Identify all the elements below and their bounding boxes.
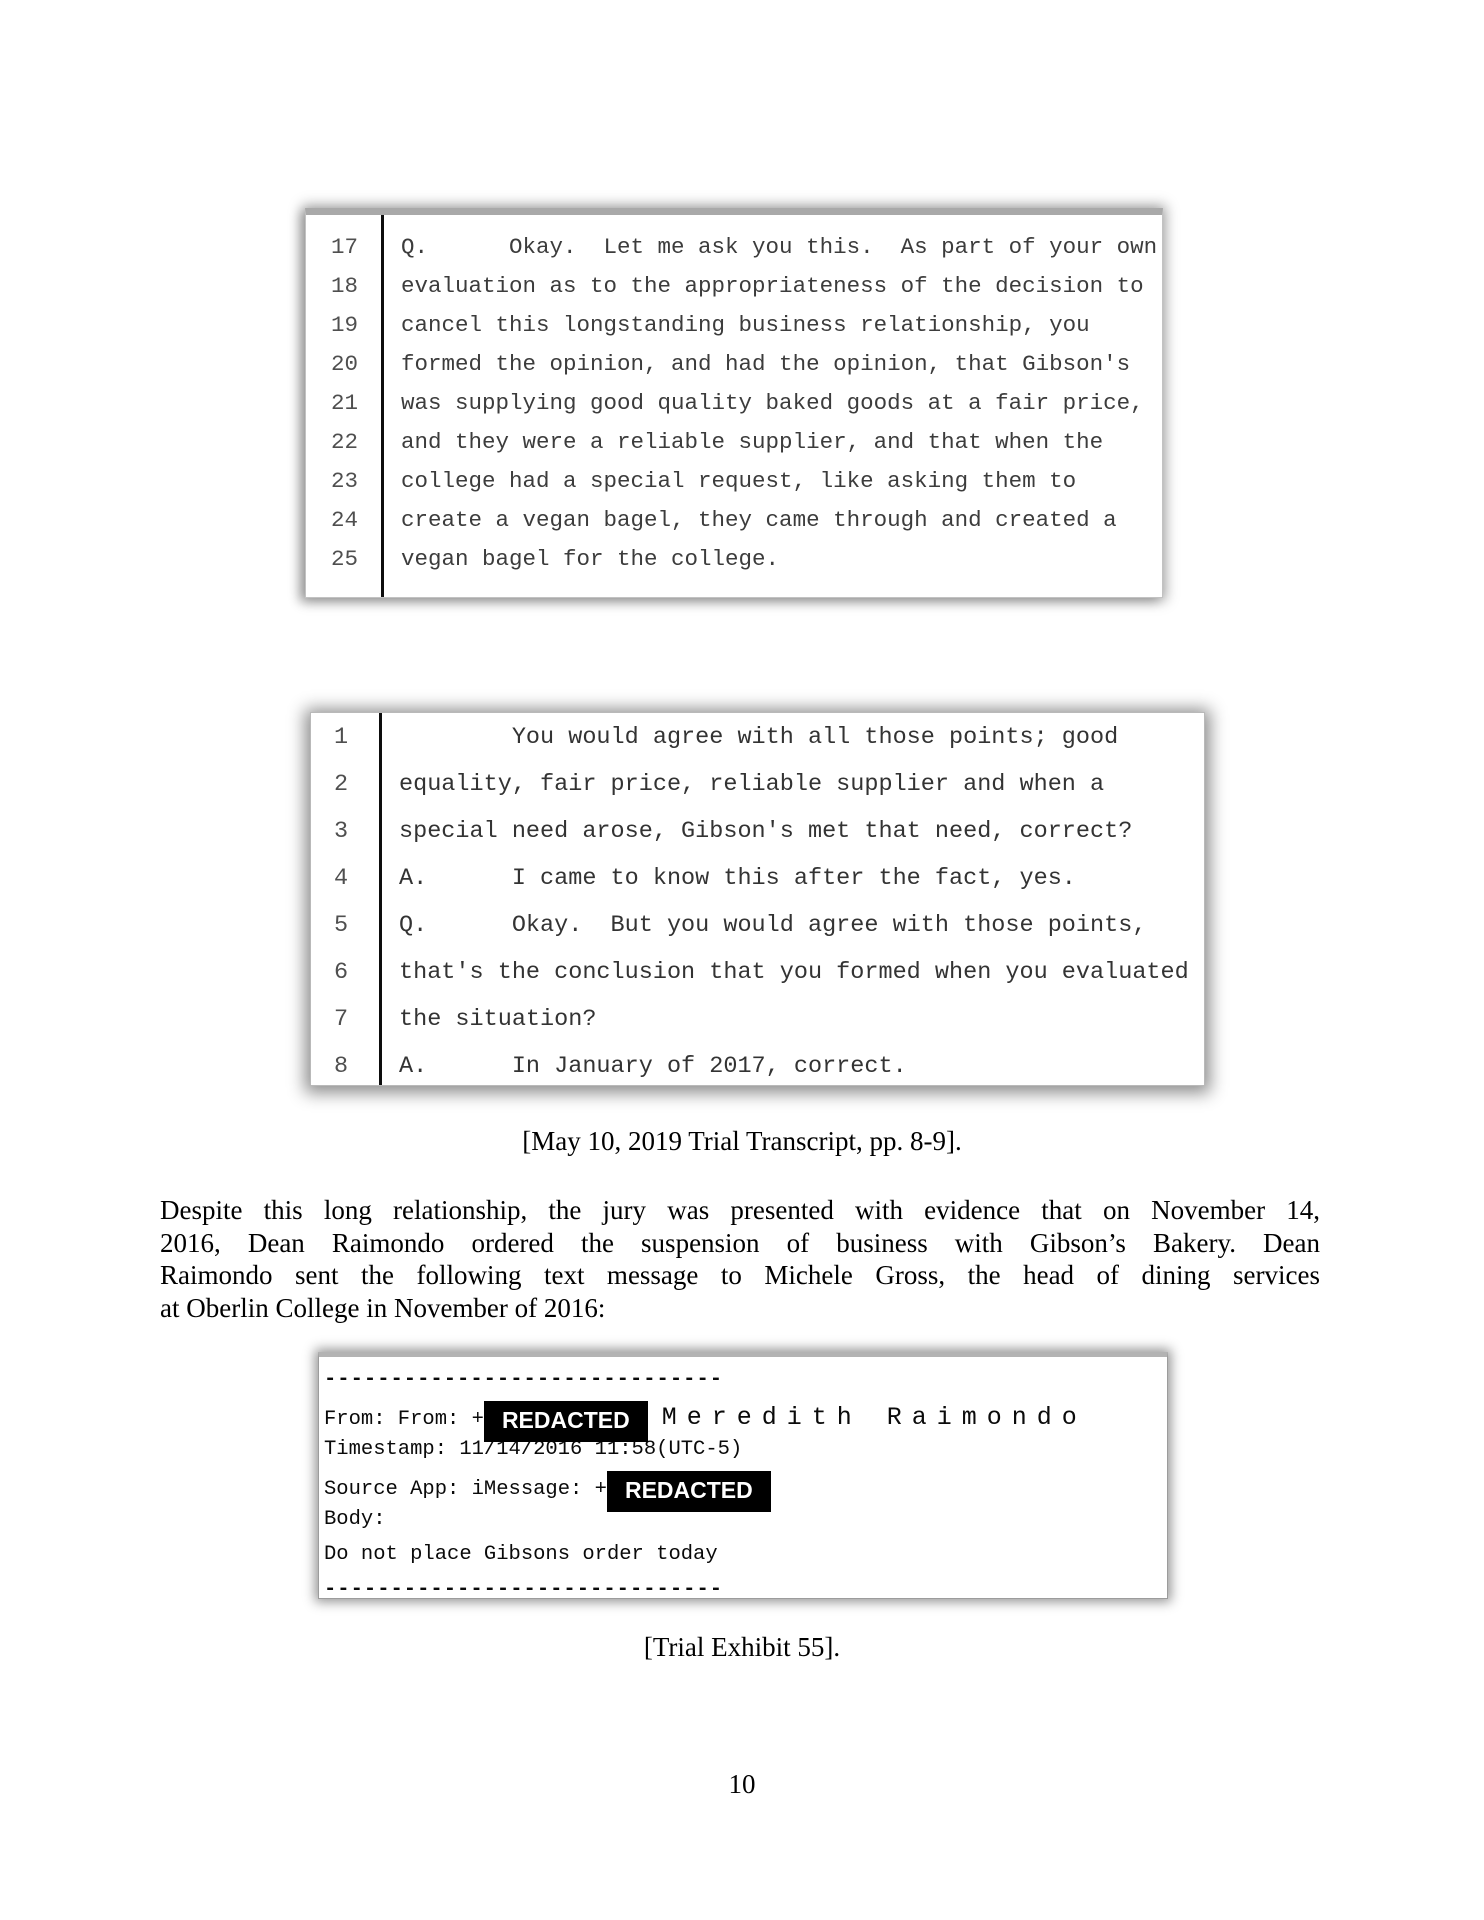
line-number: 2: [311, 761, 379, 808]
redaction-box-1: REDACTED: [484, 1401, 648, 1442]
transcript-line: 18evaluation as to the appropriateness o…: [306, 267, 1162, 306]
exhibit-message-text: Do not place Gibsons order today: [324, 1537, 1167, 1572]
transcript-line: 19cancel this longstanding business rela…: [306, 306, 1162, 345]
line-number: 19: [306, 306, 381, 345]
line-text: and they were a reliable supplier, and t…: [381, 423, 1103, 462]
line-text: create a vegan bagel, they came through …: [381, 501, 1117, 540]
line-number: 24: [306, 501, 381, 540]
line-text: special need arose, Gibson's met that ne…: [379, 808, 1132, 855]
line-number: 8: [311, 1043, 379, 1090]
line-number: 20: [306, 345, 381, 384]
sender-name: Meredith Raimondo: [662, 1403, 1087, 1432]
transcript-line: 17Q. Okay. Let me ask you this. As part …: [306, 228, 1162, 267]
transcript-scan-2: 1 You would agree with all those points;…: [310, 712, 1205, 1086]
line-text: vegan bagel for the college.: [381, 540, 779, 579]
line-text: Q. Okay. But you would agree with those …: [379, 902, 1146, 949]
line-text: was supplying good quality baked goods a…: [381, 384, 1144, 423]
transcript-line: 7the situation?: [311, 996, 1204, 1043]
line-text: cancel this longstanding business relati…: [381, 306, 1090, 345]
page-number: 10: [0, 1769, 1484, 1800]
paragraph-line: Despite this long relationship, the jury…: [160, 1194, 1320, 1227]
transcript-caption: [May 10, 2019 Trial Transcript, pp. 8-9]…: [0, 1126, 1484, 1157]
line-text: equality, fair price, reliable supplier …: [379, 761, 1104, 808]
line-text: formed the opinion, and had the opinion,…: [381, 345, 1130, 384]
line-text: evaluation as to the appropriateness of …: [381, 267, 1144, 306]
line-text: college had a special request, like aski…: [381, 462, 1076, 501]
line-number: 5: [311, 902, 379, 949]
exhibit-timestamp-line: Timestamp: 11/14/2016 11:58(UTC-5): [324, 1432, 1167, 1467]
body-paragraph: Despite this long relationship, the jury…: [160, 1194, 1320, 1324]
transcript-line: 24create a vegan bagel, they came throug…: [306, 501, 1162, 540]
line-number: 1: [311, 714, 379, 761]
line-text: A. In January of 2017, correct.: [379, 1043, 907, 1090]
transcript-line: 20formed the opinion, and had the opinio…: [306, 345, 1162, 384]
line-number: 3: [311, 808, 379, 855]
exhibit-divider-bottom: ------------------------------: [324, 1572, 1167, 1599]
transcript-line: 5Q. Okay. But you would agree with those…: [311, 902, 1204, 949]
paragraph-line: at Oberlin College in November of 2016:: [160, 1292, 1320, 1325]
line-number: 23: [306, 462, 381, 501]
text-message-exhibit-scan: ------------------------------ From: Fro…: [318, 1352, 1168, 1599]
transcript-line: 8A. In January of 2017, correct.: [311, 1043, 1204, 1090]
line-number: 7: [311, 996, 379, 1043]
document-page: 17Q. Okay. Let me ask you this. As part …: [0, 0, 1484, 1920]
transcript-line: 21was supplying good quality baked goods…: [306, 384, 1162, 423]
transcript-margin-rule: [379, 713, 382, 1085]
transcript-margin-rule: [381, 215, 384, 597]
line-number: 25: [306, 540, 381, 579]
transcript-line: 23college had a special request, like as…: [306, 462, 1162, 501]
exhibit-caption: [Trial Exhibit 55].: [0, 1632, 1484, 1663]
from-label: From: From: +: [324, 1408, 484, 1431]
transcript-line: 6that's the conclusion that you formed w…: [311, 949, 1204, 996]
source-app-label: Source App: iMessage: +: [324, 1478, 607, 1501]
line-text: Q. Okay. Let me ask you this. As part of…: [381, 228, 1157, 267]
line-text: You would agree with all those points; g…: [379, 714, 1118, 761]
transcript-line: 22and they were a reliable supplier, and…: [306, 423, 1162, 462]
line-text: the situation?: [379, 996, 596, 1043]
transcript-line: 2equality, fair price, reliable supplier…: [311, 761, 1204, 808]
exhibit-source-line: Source App: iMessage: +REDACTED: [324, 1467, 1167, 1502]
line-number: 4: [311, 855, 379, 902]
line-number: 17: [306, 228, 381, 267]
line-number: 22: [306, 423, 381, 462]
line-number: 21: [306, 384, 381, 423]
paragraph-line: 2016, Dean Raimondo ordered the suspensi…: [160, 1227, 1320, 1260]
line-text: that's the conclusion that you formed wh…: [379, 949, 1189, 996]
exhibit-divider-top: ------------------------------: [324, 1362, 1167, 1397]
paragraph-line: Raimondo sent the following text message…: [160, 1259, 1320, 1292]
transcript-line: 3special need arose, Gibson's met that n…: [311, 808, 1204, 855]
transcript-line: 25vegan bagel for the college.: [306, 540, 1162, 579]
line-number: 6: [311, 949, 379, 996]
redaction-box-2: REDACTED: [607, 1471, 771, 1512]
line-text: A. I came to know this after the fact, y…: [379, 855, 1076, 902]
line-number: 18: [306, 267, 381, 306]
transcript-line: 1 You would agree with all those points;…: [311, 714, 1204, 761]
transcript-scan-1: 17Q. Okay. Let me ask you this. As part …: [305, 208, 1163, 598]
exhibit-from-line: From: From: +REDACTEDMeredith Raimondo: [324, 1397, 1167, 1432]
transcript-line: 4A. I came to know this after the fact, …: [311, 855, 1204, 902]
